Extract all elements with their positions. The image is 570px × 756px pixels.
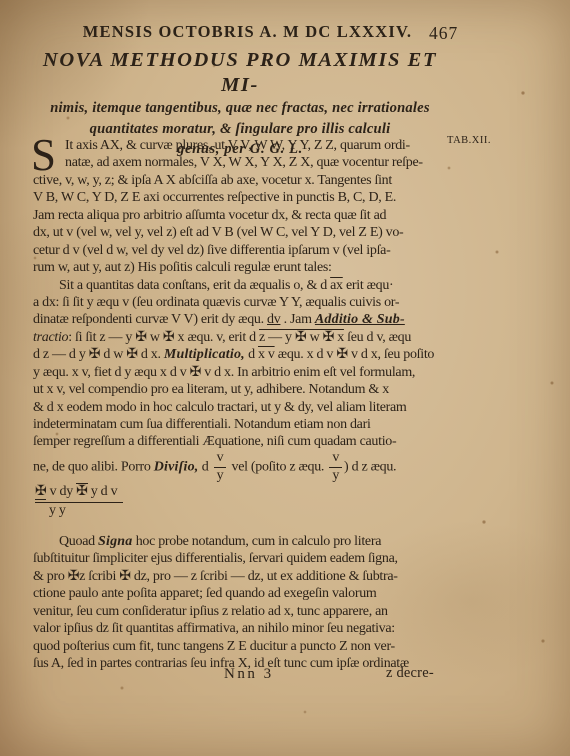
plus-with-overbar-sign: ✠ (76, 483, 87, 499)
title-line-2: nimis, itemque tangentibus, quæ nec frac… (28, 98, 452, 119)
plus-with-underbar-sign: ✠ (35, 484, 46, 500)
text-line: ctione paulo ante poſita apparet; ſed qu… (33, 585, 448, 602)
text-line: natæ, ad axem normales, V X, W X, Y X, Z… (33, 154, 448, 171)
emphasis-text: Diviſio, (154, 459, 199, 474)
text-line: & d x eodem modo in hoc calculo tractari… (33, 399, 448, 416)
body-text: It axis AX, & curvæ plures, ut V V, W W,… (33, 137, 448, 672)
text-line: Jam recta aliqua pro arbitrio aſſumta vo… (33, 207, 448, 224)
footer-signature-mark: Nnn 3 (224, 666, 274, 683)
text-line: rum w, aut y, aut z) His poſitis calculi… (33, 259, 448, 276)
text-line: tractio: ſi ſit z — y ✠ w ✠ x æqu. v, er… (33, 329, 448, 346)
emphasis-text: Multiplicatio, (164, 347, 245, 362)
overline-expression: x v (258, 347, 275, 362)
text-line: cetur d v (vel d w, vel dy vel dz) ſive … (33, 242, 448, 259)
italic-text: tractio (33, 330, 68, 345)
text-line: & pro ✠z ſcribi ✠ dz, pro — z ſcribi — d… (33, 568, 448, 585)
text-line: ſemper regreſſum a differentiali Æquatio… (33, 433, 448, 450)
fraction: vy (214, 451, 227, 483)
text-line: dinatæ reſpondenti curvæ V V) erit dy æq… (33, 311, 448, 328)
text-line: Quoad Signa hoc probe notandum, cum in c… (33, 533, 448, 550)
overline-expression: ax (330, 278, 343, 293)
emphasis-text: Signa (98, 534, 132, 549)
fraction: vy (329, 451, 342, 483)
text-line: venitur, ſeu cum conſideratur ipſius z r… (33, 603, 448, 620)
margin-note-table-reference: TAB.XII. (447, 135, 491, 146)
text-line: V B, W C, Y D, Z E axi occurrentes reſpe… (33, 189, 448, 206)
fraction-denominator: y (329, 468, 342, 484)
text-line: d z — d y ✠ d w ✠ d x. Multiplicatio, d … (33, 346, 448, 363)
title-line-3: quantitates moratur, & ſingulare pro ill… (28, 119, 452, 139)
text-line: It axis AX, & curvæ plures, ut V V, W W,… (33, 137, 448, 154)
fraction-denominator: y y (35, 503, 123, 519)
fraction-numerator: ✠ v dy ✠ y d v (35, 485, 123, 503)
text-line: indeterminatam cum ſua differentiali. No… (33, 416, 448, 433)
overline-expression: z — y ✠ w ✠ x (259, 330, 344, 345)
journal-header: MENSIS OCTOBRIS A. M DC LXXXIV. (60, 22, 435, 42)
fraction: ✠ v dy ✠ y d vy y (35, 485, 123, 518)
text-line: dx, ut v (vel w, vel y, vel z) eſt ad V … (33, 224, 448, 241)
fraction-numerator: v (214, 451, 227, 468)
text-line: ne, de quo alibi. Porro Diviſio, d vy ve… (33, 451, 448, 482)
text-line: valor ipſius dz ſit quantitas affirmativ… (33, 620, 448, 637)
text-line: y æqu. x v, fiet d y æqu x d v ✠ v d x. … (33, 364, 448, 381)
text-line: ſubſtituitur ſimpliciter ejus differenti… (33, 550, 448, 567)
text-line: ✠ v dy ✠ y d vy y (33, 482, 448, 533)
text-line: quod poſterius cum fit, tunc tangens Z E… (33, 638, 448, 655)
underline-expression: dv (267, 312, 280, 327)
page-number: 467 (429, 23, 458, 44)
footer-catchword: z decre- (386, 665, 434, 682)
text-line: ctive, v, w, y, z; & ipſa A X abſciſſa a… (33, 172, 448, 189)
text-line: ut x v, vel compendio pro ea literam, ut… (33, 381, 448, 398)
text-line: a dx: ſi ſit y æqu v (ſeu ordinata quævi… (33, 294, 448, 311)
title-line-1: NOVA METHODUS PRO MAXIMIS ET MI- (28, 48, 452, 98)
fraction-denominator: y (214, 468, 227, 484)
emphasis-underlined-text: Additio & Sub- (315, 312, 405, 327)
fraction-numerator: v (329, 451, 342, 468)
document-page: MENSIS OCTOBRIS A. M DC LXXXIV. 467 NOVA… (0, 0, 570, 756)
text-line: Sit a quantitas data conſtans, erit da æ… (33, 277, 448, 294)
